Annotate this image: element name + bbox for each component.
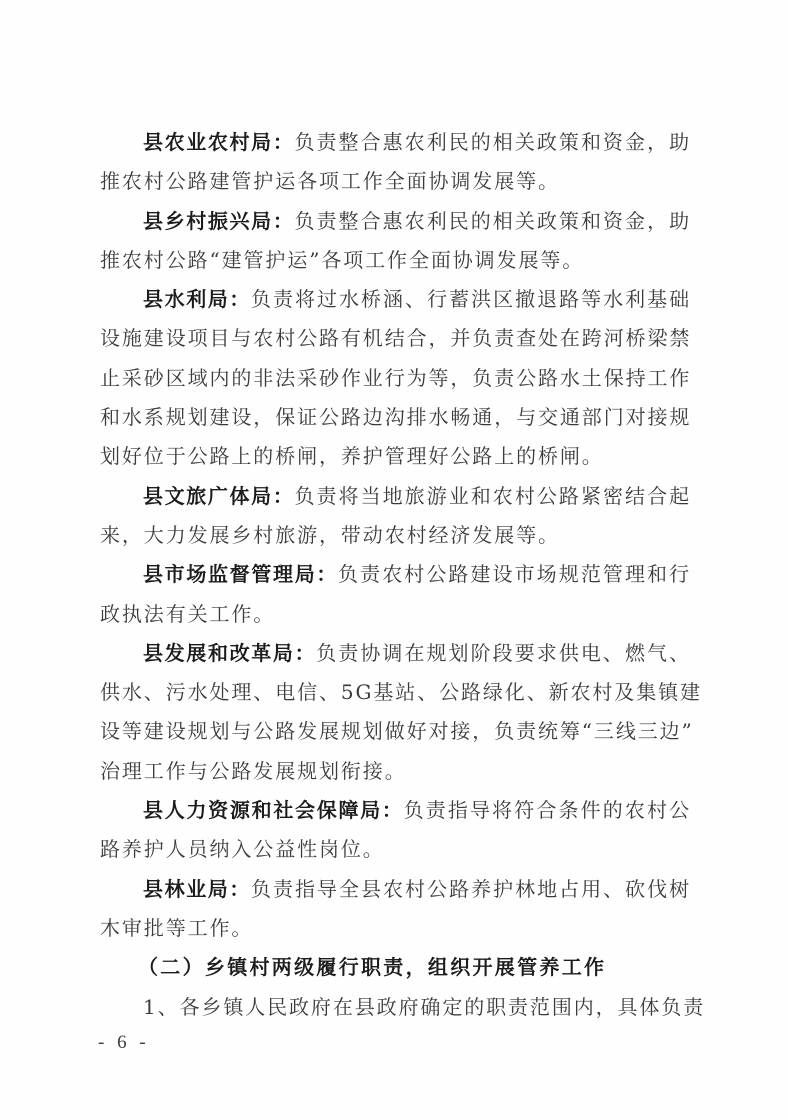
paragraph-text: 负责指导全县农村公路养护林地占用、砍伐树 — [251, 877, 691, 901]
paragraph-text: 负责指导将符合条件的农村公 — [404, 798, 691, 822]
paragraph-development-reform-bureau: 县发展和改革局：负责协调在规划阶段要求供电、燃气、 供水、污水处理、电信、5G基… — [100, 634, 691, 791]
bureau-label: 县水利局： — [143, 287, 251, 311]
paragraph-line: 1、各乡镇人民政府在县政府确定的职责范围内，具体负责 — [100, 988, 691, 1027]
paragraph-line: 来，大力发展乡村旅游，带动农村经济发展等。 — [100, 516, 691, 555]
paragraph-text: 负责将过水桥涵、行蓄洪区撤退路等水利基础 — [251, 287, 691, 311]
page-content: 县农业农村局：负责整合惠农利民的相关政策和资金，助 推农村公路建管护运各项工作全… — [100, 123, 691, 1027]
paragraph-line: 县人力资源和社会保障局：负责指导将符合条件的农村公 — [100, 791, 691, 830]
paragraph-line: 县农业农村局：负责整合惠农利民的相关政策和资金，助 — [100, 123, 691, 162]
paragraph-line: 止采砂区域内的非法采砂作业行为等，负责公路水土保持工作 — [100, 359, 691, 398]
paragraph-line: 治理工作与公路发展规划衔接。 — [100, 752, 691, 791]
paragraph-line: 县发展和改革局：负责协调在规划阶段要求供电、燃气、 — [100, 634, 691, 673]
paragraph-line: 推农村公路建管护运各项工作全面协调发展等。 — [100, 162, 691, 201]
bureau-label: 县发展和改革局： — [143, 641, 316, 665]
paragraph-text: 负责整合惠农利民的相关政策和资金，助 — [294, 130, 691, 154]
section-heading: （二）乡镇村两级履行职责，组织开展管养工作 — [100, 948, 691, 987]
paragraph-line: 设施建设项目与农村公路有机结合，并负责查处在跨河桥梁禁 — [100, 319, 691, 358]
page-number: - 6 - — [98, 1032, 150, 1054]
paragraph-rural-revitalization-bureau: 县乡村振兴局：负责整合惠农利民的相关政策和资金，助 推农村公路“建管护运”各项工… — [100, 202, 691, 281]
bureau-label: 县文旅广体局： — [143, 484, 294, 508]
paragraph-line: 和水系规划建设，保证公路边沟排水畅通，与交通部门对接规 — [100, 398, 691, 437]
paragraph-human-resources-bureau: 县人力资源和社会保障局：负责指导将符合条件的农村公 路养护人员纳入公益性岗位。 — [100, 791, 691, 870]
paragraph-forestry-bureau: 县林业局：负责指导全县农村公路养护林地占用、砍伐树 木审批等工作。 — [100, 870, 691, 949]
paragraph-text: 负责农村公路建设市场规范管理和行 — [338, 562, 691, 586]
paragraph-line: 设等建设规划与公路发展规划做好对接，负责统筹“三线三边” — [100, 712, 691, 751]
paragraph-line: 推农村公路“建管护运”各项工作全面协调发展等。 — [100, 241, 691, 280]
paragraph-line: 县市场监督管理局：负责农村公路建设市场规范管理和行 — [100, 555, 691, 594]
bureau-label: 县乡村振兴局： — [143, 209, 294, 233]
paragraph-line: 划好位于公路上的桥闸，养护管理好公路上的桥闸。 — [100, 437, 691, 476]
paragraph-line: 供水、污水处理、电信、5G基站、公路绿化、新农村及集镇建 — [100, 673, 691, 712]
paragraph-line: 县水利局：负责将过水桥涵、行蓄洪区撤退路等水利基础 — [100, 280, 691, 319]
paragraph-line: 县林业局：负责指导全县农村公路养护林地占用、砍伐树 — [100, 870, 691, 909]
paragraph-agriculture-bureau: 县农业农村局：负责整合惠农利民的相关政策和资金，助 推农村公路建管护运各项工作全… — [100, 123, 691, 202]
bureau-label: 县林业局： — [143, 877, 251, 901]
paragraph-line: 政执法有关工作。 — [100, 595, 691, 634]
document-page: 县农业农村局：负责整合惠农利民的相关政策和资金，助 推农村公路建管护运各项工作全… — [0, 0, 788, 1120]
paragraph-culture-tourism-bureau: 县文旅广体局：负责将当地旅游业和农村公路紧密结合起 来，大力发展乡村旅游，带动农… — [100, 477, 691, 556]
numbered-item: 1、各乡镇人民政府在县政府确定的职责范围内，具体负责 — [100, 988, 691, 1027]
bureau-label: 县农业农村局： — [143, 130, 294, 154]
paragraph-market-supervision-bureau: 县市场监督管理局：负责农村公路建设市场规范管理和行 政执法有关工作。 — [100, 555, 691, 634]
paragraph-text: 负责协调在规划阶段要求供电、燃气、 — [316, 641, 691, 665]
paragraph-text: 负责整合惠农利民的相关政策和资金，助 — [294, 209, 691, 233]
paragraph-water-resources-bureau: 县水利局：负责将过水桥涵、行蓄洪区撤退路等水利基础 设施建设项目与农村公路有机结… — [100, 280, 691, 476]
paragraph-line: 木审批等工作。 — [100, 909, 691, 948]
paragraph-line: 县乡村振兴局：负责整合惠农利民的相关政策和资金，助 — [100, 202, 691, 241]
bureau-label: 县市场监督管理局： — [143, 562, 338, 586]
paragraph-text: 负责将当地旅游业和农村公路紧密结合起 — [294, 484, 691, 508]
bureau-label: 县人力资源和社会保障局： — [143, 798, 404, 822]
paragraph-line: 路养护人员纳入公益性岗位。 — [100, 830, 691, 869]
paragraph-line: 县文旅广体局：负责将当地旅游业和农村公路紧密结合起 — [100, 477, 691, 516]
